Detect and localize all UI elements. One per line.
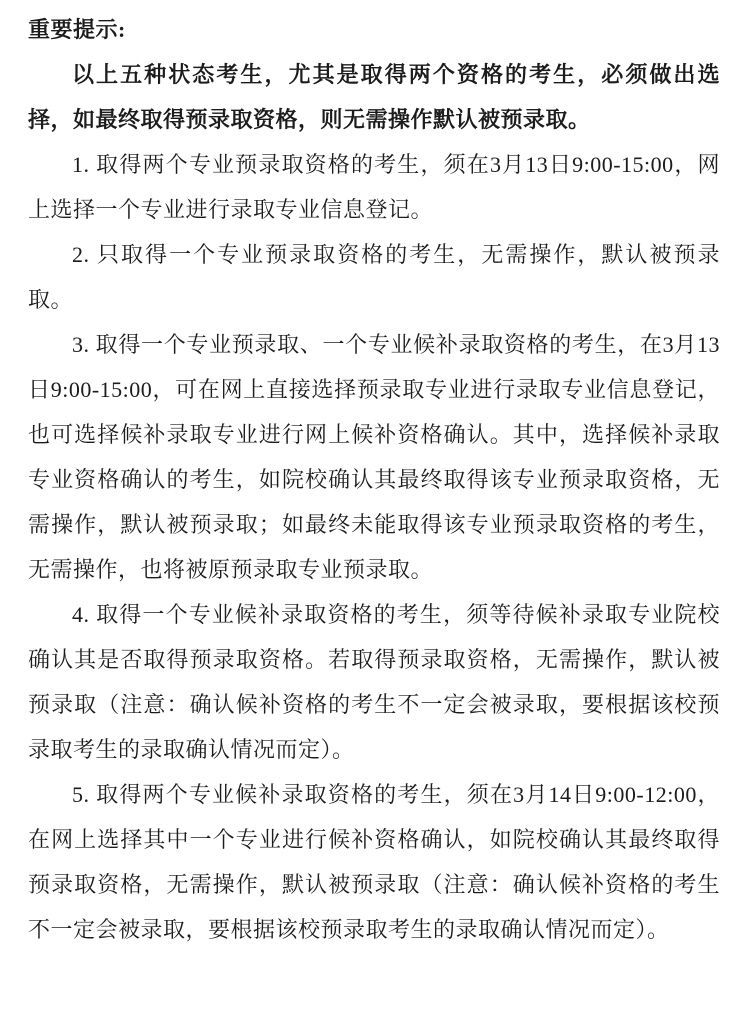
notice-item-1: 1. 取得两个专业预录取资格的考生，须在3月13日9:00-15:00，网上选择… <box>28 142 720 232</box>
notice-item-2: 2. 只取得一个专业预录取资格的考生，无需操作，默认被预录取。 <box>28 232 720 322</box>
document-page: 重要提示: 以上五种状态考生，尤其是取得两个资格的考生，必须做出选择，如最终取得… <box>0 0 750 1010</box>
notice-heading: 重要提示: <box>28 7 720 52</box>
notice-item-5: 5. 取得两个专业候补录取资格的考生，须在3月14日9:00-12:00，在网上… <box>28 772 720 952</box>
notice-item-3: 3. 取得一个专业预录取、一个专业候补录取资格的考生，在3月13日9:00-15… <box>28 322 720 592</box>
notice-item-4: 4. 取得一个专业候补录取资格的考生，须等待候补录取专业院校确认其是否取得预录取… <box>28 592 720 772</box>
notice-intro: 以上五种状态考生，尤其是取得两个资格的考生，必须做出选择，如最终取得预录取资格，… <box>28 52 720 142</box>
